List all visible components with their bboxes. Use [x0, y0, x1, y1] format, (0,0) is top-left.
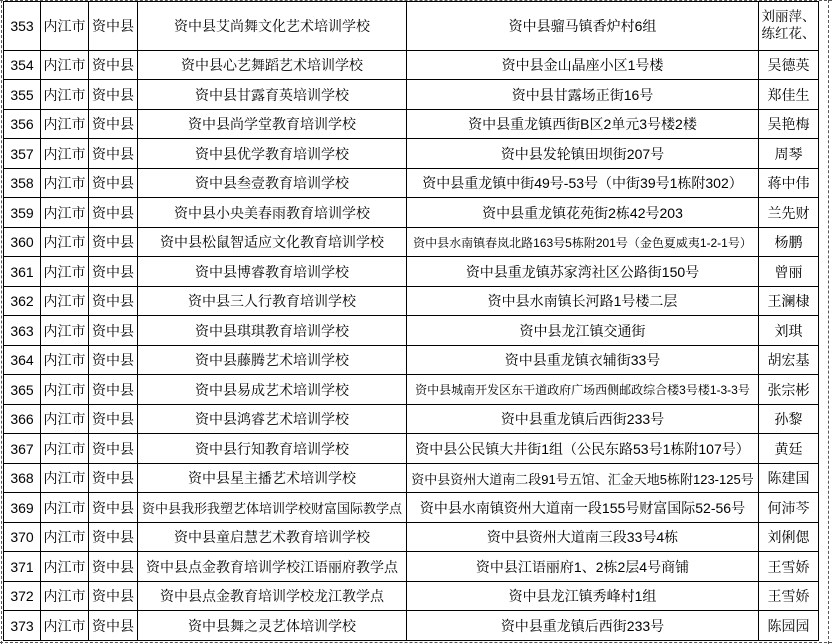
- address-cell: 资中县水南镇长河路1号楼二层: [407, 286, 759, 316]
- training-schools-table: 353内江市资中县资中县艾尚舞文化艺术培训学校资中县骝马镇香炉村6组刘丽萍、练红…: [3, 1, 819, 641]
- row-number-cell: 366: [4, 404, 41, 434]
- table-row: 368内江市资中县资中县星主播艺术培训学校资中县资州大道南二段91号五馆、汇金天…: [4, 463, 819, 493]
- city-cell: 内江市: [41, 552, 89, 582]
- city-cell: 内江市: [41, 286, 89, 316]
- school-name-cell: 资中县三人行教育培训学校: [138, 286, 407, 316]
- county-cell: 资中县: [89, 80, 138, 110]
- school-name-cell: 资中县藤腾艺术培训学校: [138, 345, 407, 375]
- row-number-cell: 360: [4, 227, 41, 257]
- school-name-cell: 资中县松鼠智适应文化教育培训学校: [138, 227, 407, 257]
- address-cell: 资中县龙江镇秀峰村1组: [407, 581, 759, 611]
- table-body: 353内江市资中县资中县艾尚舞文化艺术培训学校资中县骝马镇香炉村6组刘丽萍、练红…: [4, 2, 819, 641]
- page-break-line-bottom: [0, 642, 832, 643]
- county-cell: 资中县: [89, 434, 138, 464]
- school-name-cell: 资中县星主播艺术培训学校: [138, 463, 407, 493]
- school-name-cell: 资中县点金教育培训学校龙江教学点: [138, 581, 407, 611]
- contact-name-cell: 曾丽: [759, 257, 819, 287]
- address-cell: 资中县资州大道南二段91号五馆、汇金天地5栋附123-125号: [407, 463, 759, 493]
- contact-name-cell: 何沛芩: [759, 493, 819, 523]
- city-cell: 内江市: [41, 2, 89, 51]
- address-cell: 资中县重龙镇后西街233号: [407, 404, 759, 434]
- table-row: 365内江市资中县资中县易成艺术培训学校资中县城南开发区东干道政府广场西侧邮政综…: [4, 375, 819, 405]
- address-cell: 资中县骝马镇香炉村6组: [407, 2, 759, 51]
- table-row: 356内江市资中县资中县尚学堂教育培训学校资中县重龙镇西街B区2单元3号楼2楼吴…: [4, 109, 819, 139]
- contact-name-cell: 刘丽萍、练红花、: [759, 2, 819, 51]
- row-number-cell: 372: [4, 581, 41, 611]
- table-row: 360内江市资中县资中县松鼠智适应文化教育培训学校资中县水南镇春岚北路163号5…: [4, 227, 819, 257]
- spreadsheet-area: 353内江市资中县资中县艾尚舞文化艺术培训学校资中县骝马镇香炉村6组刘丽萍、练红…: [0, 0, 832, 644]
- contact-name-cell: 郑佳生: [759, 80, 819, 110]
- county-cell: 资中县: [89, 50, 138, 80]
- county-cell: 资中县: [89, 345, 138, 375]
- contact-name-cell: 刘琪: [759, 316, 819, 346]
- contact-name-cell: 蒋中伟: [759, 168, 819, 198]
- table-row: 354内江市资中县资中县心艺舞蹈艺术培训学校资中县金山晶座小区1号楼吴德英: [4, 50, 819, 80]
- table-row: 366内江市资中县资中县鸿睿艺术培训学校资中县重龙镇后西街233号孙黎: [4, 404, 819, 434]
- table-row: 364内江市资中县资中县藤腾艺术培训学校资中县重龙镇衣辅街33号胡宏基: [4, 345, 819, 375]
- address-cell: 资中县重龙镇花苑街2栋42号203: [407, 198, 759, 228]
- table-row: 362内江市资中县资中县三人行教育培训学校资中县水南镇长河路1号楼二层王澜棣: [4, 286, 819, 316]
- city-cell: 内江市: [41, 80, 89, 110]
- city-cell: 内江市: [41, 50, 89, 80]
- row-number-cell: 365: [4, 375, 41, 405]
- row-number-cell: 356: [4, 109, 41, 139]
- county-cell: 资中县: [89, 375, 138, 405]
- contact-name-cell: 吴德英: [759, 50, 819, 80]
- table-row: 372内江市资中县资中县点金教育培训学校龙江教学点资中县龙江镇秀峰村1组王雪娇: [4, 581, 819, 611]
- row-number-cell: 357: [4, 139, 41, 169]
- table-row: 357内江市资中县资中县优学教育培训学校资中县发轮镇田坝街207号周琴: [4, 139, 819, 169]
- school-name-cell: 资中县点金教育培训学校江语丽府教学点: [138, 552, 407, 582]
- row-number-cell: 371: [4, 552, 41, 582]
- row-number-cell: 363: [4, 316, 41, 346]
- city-cell: 内江市: [41, 139, 89, 169]
- city-cell: 内江市: [41, 375, 89, 405]
- city-cell: 内江市: [41, 168, 89, 198]
- school-name-cell: 资中县尚学堂教育培训学校: [138, 109, 407, 139]
- row-number-cell: 353: [4, 2, 41, 51]
- city-cell: 内江市: [41, 345, 89, 375]
- city-cell: 内江市: [41, 404, 89, 434]
- city-cell: 内江市: [41, 316, 89, 346]
- county-cell: 资中县: [89, 611, 138, 641]
- row-number-cell: 358: [4, 168, 41, 198]
- school-name-cell: 资中县行知教育培训学校: [138, 434, 407, 464]
- county-cell: 资中县: [89, 286, 138, 316]
- school-name-cell: 资中县博睿教育培训学校: [138, 257, 407, 287]
- city-cell: 内江市: [41, 522, 89, 552]
- address-cell: 资中县金山晶座小区1号楼: [407, 50, 759, 80]
- school-name-cell: 资中县小央美春雨教育培训学校: [138, 198, 407, 228]
- page-break-line-left: [1, 0, 2, 644]
- address-cell: 资中县重龙镇西街B区2单元3号楼2楼: [407, 109, 759, 139]
- city-cell: 内江市: [41, 434, 89, 464]
- county-cell: 资中县: [89, 581, 138, 611]
- county-cell: 资中县: [89, 552, 138, 582]
- contact-name-cell: 张宗彬: [759, 375, 819, 405]
- contact-name-cell: 周琴: [759, 139, 819, 169]
- row-number-cell: 354: [4, 50, 41, 80]
- city-cell: 内江市: [41, 611, 89, 641]
- table-row: 361内江市资中县资中县博睿教育培训学校资中县重龙镇苏家湾社区公路街150号曾丽: [4, 257, 819, 287]
- row-number-cell: 370: [4, 522, 41, 552]
- address-cell: 资中县重龙镇中街49号-53号（中街39号1栋附302）: [407, 168, 759, 198]
- table-row: 358内江市资中县资中县叁壹教育培训学校资中县重龙镇中街49号-53号（中街39…: [4, 168, 819, 198]
- contact-name-cell: 王雪娇: [759, 552, 819, 582]
- city-cell: 内江市: [41, 109, 89, 139]
- school-name-cell: 资中县甘露育英培训学校: [138, 80, 407, 110]
- school-name-cell: 资中县童启慧艺术教育培训学校: [138, 522, 407, 552]
- address-cell: 资中县重龙镇后西街233号: [407, 611, 759, 641]
- contact-name-cell: 杨鹏: [759, 227, 819, 257]
- address-cell: 资中县水南镇资州大道南一段155号财富国际52-56号: [407, 493, 759, 523]
- county-cell: 资中县: [89, 404, 138, 434]
- table-row: 363内江市资中县资中县琪琪教育培训学校资中县龙江镇交通街刘琪: [4, 316, 819, 346]
- county-cell: 资中县: [89, 522, 138, 552]
- address-cell: 资中县城南开发区东干道政府广场西侧邮政综合楼3号楼1-3-3号: [407, 375, 759, 405]
- contact-name-cell: 吴艳梅: [759, 109, 819, 139]
- school-name-cell: 资中县鸿睿艺术培训学校: [138, 404, 407, 434]
- county-cell: 资中县: [89, 168, 138, 198]
- city-cell: 内江市: [41, 257, 89, 287]
- row-number-cell: 355: [4, 80, 41, 110]
- school-name-cell: 资中县琪琪教育培训学校: [138, 316, 407, 346]
- school-name-cell: 资中县优学教育培训学校: [138, 139, 407, 169]
- address-cell: 资中县重龙镇苏家湾社区公路街150号: [407, 257, 759, 287]
- contact-name-cell: 兰先财: [759, 198, 819, 228]
- address-cell: 资中县甘露场正街16号: [407, 80, 759, 110]
- table-row: 355内江市资中县资中县甘露育英培训学校资中县甘露场正街16号郑佳生: [4, 80, 819, 110]
- table-row: 353内江市资中县资中县艾尚舞文化艺术培训学校资中县骝马镇香炉村6组刘丽萍、练红…: [4, 2, 819, 51]
- contact-name-cell: 王雪娇: [759, 581, 819, 611]
- table-row: 359内江市资中县资中县小央美春雨教育培训学校资中县重龙镇花苑街2栋42号203…: [4, 198, 819, 228]
- school-name-cell: 资中县舞之灵艺体培训学校: [138, 611, 407, 641]
- county-cell: 资中县: [89, 2, 138, 51]
- city-cell: 内江市: [41, 581, 89, 611]
- row-number-cell: 369: [4, 493, 41, 523]
- county-cell: 资中县: [89, 139, 138, 169]
- county-cell: 资中县: [89, 316, 138, 346]
- school-name-cell: 资中县心艺舞蹈艺术培训学校: [138, 50, 407, 80]
- city-cell: 内江市: [41, 227, 89, 257]
- table-row: 370内江市资中县资中县童启慧艺术教育培训学校资中县资州大道南三段33号4栋刘俐…: [4, 522, 819, 552]
- contact-name-cell: 陈建国: [759, 463, 819, 493]
- school-name-cell: 资中县我形我塑艺体培训学校财富国际教学点: [138, 493, 407, 523]
- table-row: 373内江市资中县资中县舞之灵艺体培训学校资中县重龙镇后西街233号陈园园: [4, 611, 819, 641]
- row-number-cell: 364: [4, 345, 41, 375]
- school-name-cell: 资中县易成艺术培训学校: [138, 375, 407, 405]
- row-number-cell: 373: [4, 611, 41, 641]
- county-cell: 资中县: [89, 257, 138, 287]
- contact-name-cell: 黄廷: [759, 434, 819, 464]
- address-cell: 资中县重龙镇衣辅街33号: [407, 345, 759, 375]
- contact-name-cell: 胡宏基: [759, 345, 819, 375]
- county-cell: 资中县: [89, 109, 138, 139]
- address-cell: 资中县公民镇大井街1组（公民东路53号1栋附107号）: [407, 434, 759, 464]
- county-cell: 资中县: [89, 227, 138, 257]
- contact-name-cell: 孙黎: [759, 404, 819, 434]
- table-row: 369内江市资中县资中县我形我塑艺体培训学校财富国际教学点资中县水南镇资州大道南…: [4, 493, 819, 523]
- city-cell: 内江市: [41, 198, 89, 228]
- row-number-cell: 368: [4, 463, 41, 493]
- table-row: 367内江市资中县资中县行知教育培训学校资中县公民镇大井街1组（公民东路53号1…: [4, 434, 819, 464]
- school-name-cell: 资中县艾尚舞文化艺术培训学校: [138, 2, 407, 51]
- address-cell: 资中县江语丽府1、2栋2层4号商铺: [407, 552, 759, 582]
- county-cell: 资中县: [89, 463, 138, 493]
- contact-name-cell: 刘俐偲: [759, 522, 819, 552]
- row-number-cell: 361: [4, 257, 41, 287]
- address-cell: 资中县发轮镇田坝街207号: [407, 139, 759, 169]
- contact-name-cell: 陈园园: [759, 611, 819, 641]
- row-number-cell: 367: [4, 434, 41, 464]
- school-name-cell: 资中县叁壹教育培训学校: [138, 168, 407, 198]
- address-cell: 资中县资州大道南三段33号4栋: [407, 522, 759, 552]
- address-cell: 资中县水南镇春岚北路163号5栋附201号（金色夏威夷1-2-1号）: [407, 227, 759, 257]
- address-cell: 资中县龙江镇交通街: [407, 316, 759, 346]
- county-cell: 资中县: [89, 198, 138, 228]
- page-break-line-right: [828, 0, 829, 644]
- city-cell: 内江市: [41, 463, 89, 493]
- row-number-cell: 359: [4, 198, 41, 228]
- city-cell: 内江市: [41, 493, 89, 523]
- row-number-cell: 362: [4, 286, 41, 316]
- contact-name-cell: 王澜棣: [759, 286, 819, 316]
- county-cell: 资中县: [89, 493, 138, 523]
- table-row: 371内江市资中县资中县点金教育培训学校江语丽府教学点资中县江语丽府1、2栋2层…: [4, 552, 819, 582]
